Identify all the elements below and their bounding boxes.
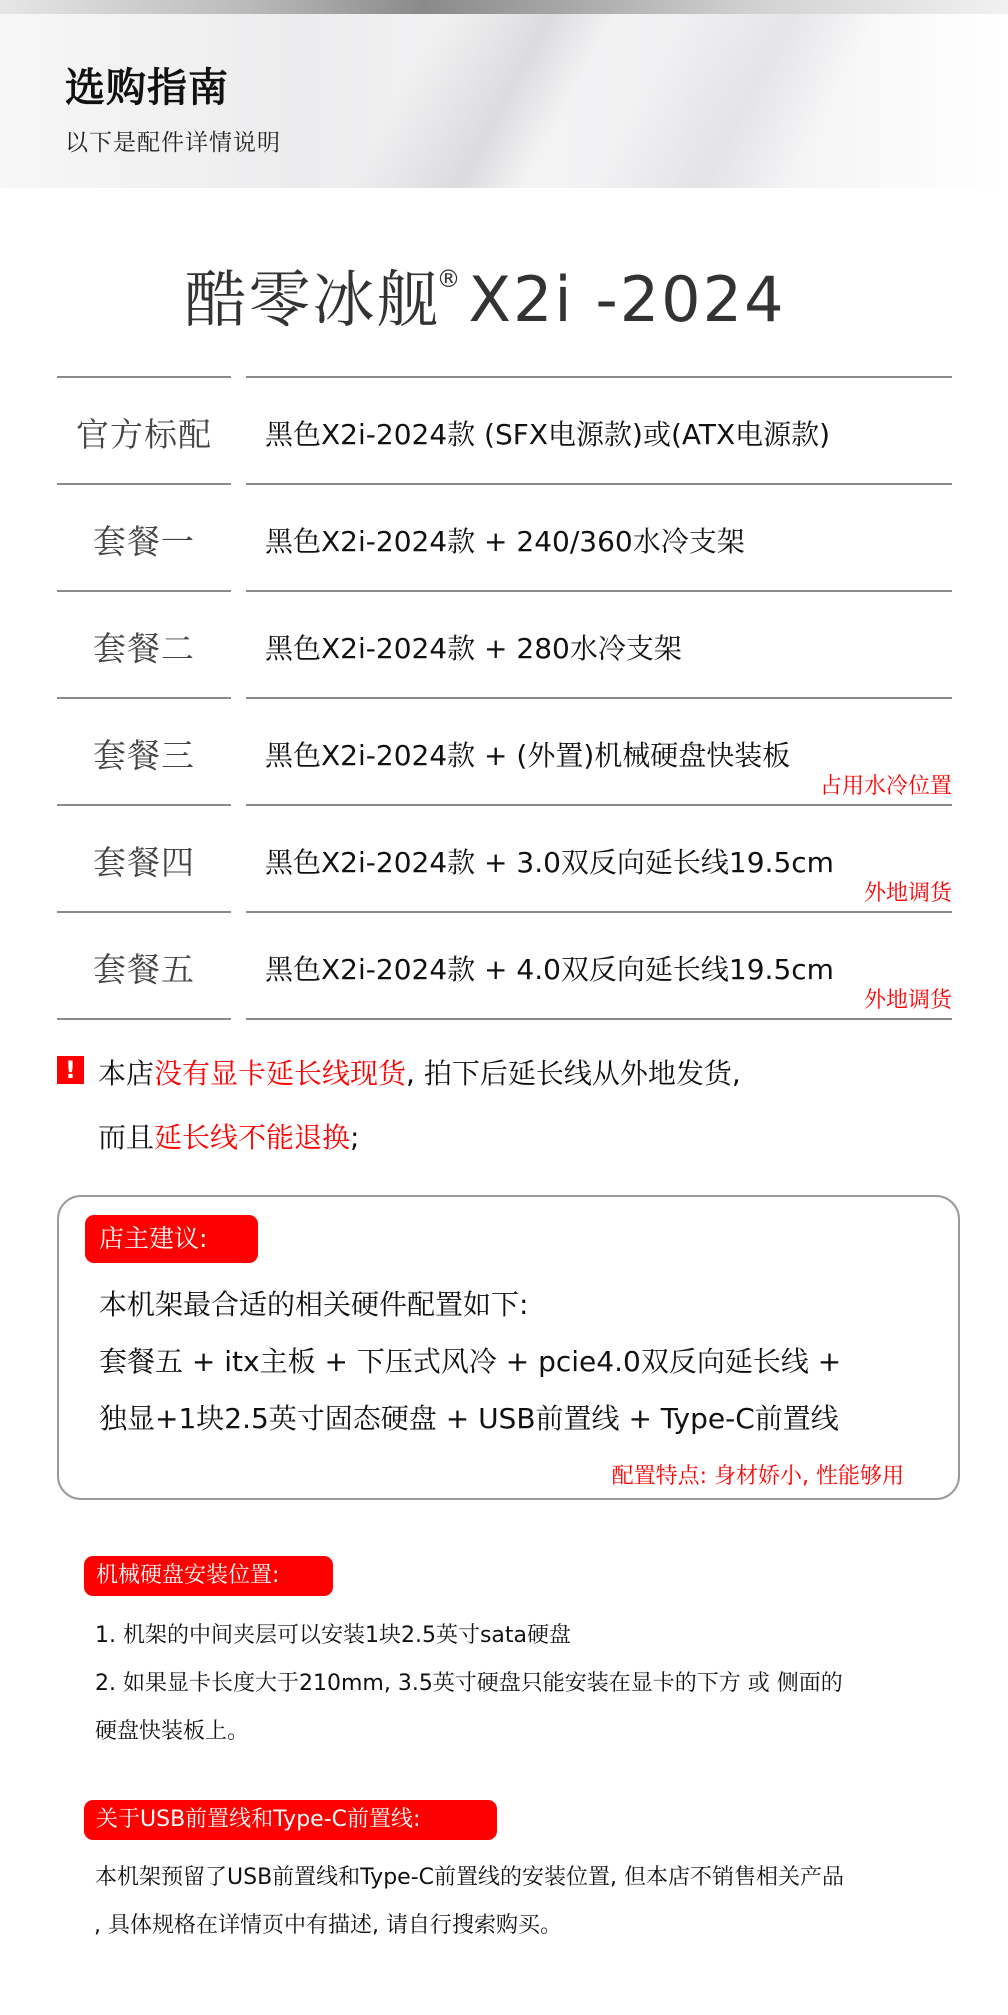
package-label: 官方标配	[57, 409, 231, 456]
table-row: 套餐三 黑色X2i-2024款 + (外置)机械硬盘快装板 占用水冷位置	[0, 700, 1008, 804]
registered-trademark-icon: ®	[437, 265, 463, 293]
package-spec-table: 官方标配 黑色X2i-2024款 (SFX电源款)或(ATX电源款) 套餐一 黑…	[0, 376, 1008, 1021]
package-label: 套餐一	[57, 516, 231, 563]
usb-line: 本机架预留了USB前置线和Type-C前置线的安装位置, 但本店不销售相关产品	[95, 1860, 844, 1891]
warning-line-1: 本店没有显卡延长线现货, 拍下后延长线从外地发货,	[98, 1052, 741, 1092]
warning-highlight: 没有显卡延长线现货	[154, 1057, 406, 1090]
shop-advice-box: 店主建议: 本机架最合适的相关硬件配置如下: 套餐五 + itx主板 + 下压式…	[57, 1195, 960, 1500]
advice-line: 套餐五 + itx主板 + 下压式风冷 + pcie4.0双反向延长线 +	[99, 1340, 841, 1380]
hero-banner: 选购指南 以下是配件详情说明	[0, 14, 1008, 188]
package-note: 外地调货	[864, 983, 952, 1014]
package-label: 套餐五	[57, 944, 231, 991]
usb-line: , 具体规格在详情页中有描述, 请自行搜索购买。	[94, 1908, 562, 1939]
product-model: X2i -2024	[469, 263, 786, 336]
table-row: 套餐四 黑色X2i-2024款 + 3.0双反向延长线19.5cm 外地调货	[0, 807, 1008, 911]
hdd-line: 硬盘快装板上。	[95, 1714, 249, 1745]
product-name: 酷零冰舰	[184, 263, 440, 336]
warning-highlight: 延长线不能退换	[154, 1121, 350, 1154]
package-contents: 黑色X2i-2024款 + 4.0双反向延长线19.5cm	[265, 948, 834, 988]
product-title: 酷零冰舰®X2i -2024	[0, 250, 970, 339]
usb-section-badge: 关于USB前置线和Type-C前置线:	[84, 1800, 497, 1840]
package-contents: 黑色X2i-2024款 + 3.0双反向延长线19.5cm	[265, 841, 834, 881]
table-divider	[0, 1018, 1008, 1021]
exclamation-icon: !	[57, 1056, 84, 1084]
advice-feature-note: 配置特点: 身材娇小, 性能够用	[612, 1459, 904, 1490]
package-note: 占用水冷位置	[820, 769, 952, 800]
table-row: 官方标配 黑色X2i-2024款 (SFX电源款)或(ATX电源款)	[0, 379, 1008, 483]
package-contents: 黑色X2i-2024款 + 240/360水冷支架	[265, 520, 745, 560]
package-label: 套餐二	[57, 623, 231, 670]
hdd-line: 2. 如果显卡长度大于210mm, 3.5英寸硬盘只能安装在显卡的下方 或 侧面…	[95, 1666, 843, 1697]
page-subtitle: 以下是配件详情说明	[65, 124, 281, 157]
table-row: 套餐五 黑色X2i-2024款 + 4.0双反向延长线19.5cm 外地调货	[0, 914, 1008, 1018]
advice-badge: 店主建议:	[85, 1215, 258, 1263]
hdd-section-badge: 机械硬盘安装位置:	[84, 1556, 333, 1596]
package-label: 套餐三	[57, 730, 231, 777]
top-gradient-bar	[0, 0, 1008, 14]
table-row: 套餐二 黑色X2i-2024款 + 280水冷支架	[0, 593, 1008, 697]
advice-line: 本机架最合适的相关硬件配置如下:	[99, 1283, 528, 1323]
package-label: 套餐四	[57, 837, 231, 884]
advice-line: 独显+1块2.5英寸固态硬盘 + USB前置线 + Type-C前置线	[99, 1397, 839, 1437]
package-contents: 黑色X2i-2024款 + 280水冷支架	[265, 627, 682, 667]
table-row: 套餐一 黑色X2i-2024款 + 240/360水冷支架	[0, 486, 1008, 590]
package-contents: 黑色X2i-2024款 + (外置)机械硬盘快装板	[265, 734, 790, 774]
hdd-line: 1. 机架的中间夹层可以安装1块2.5英寸sata硬盘	[95, 1618, 571, 1649]
package-note: 外地调货	[864, 876, 952, 907]
warning-line-2: 而且延长线不能退换;	[98, 1116, 359, 1156]
page-title: 选购指南	[65, 56, 229, 113]
package-contents: 黑色X2i-2024款 (SFX电源款)或(ATX电源款)	[265, 413, 830, 453]
